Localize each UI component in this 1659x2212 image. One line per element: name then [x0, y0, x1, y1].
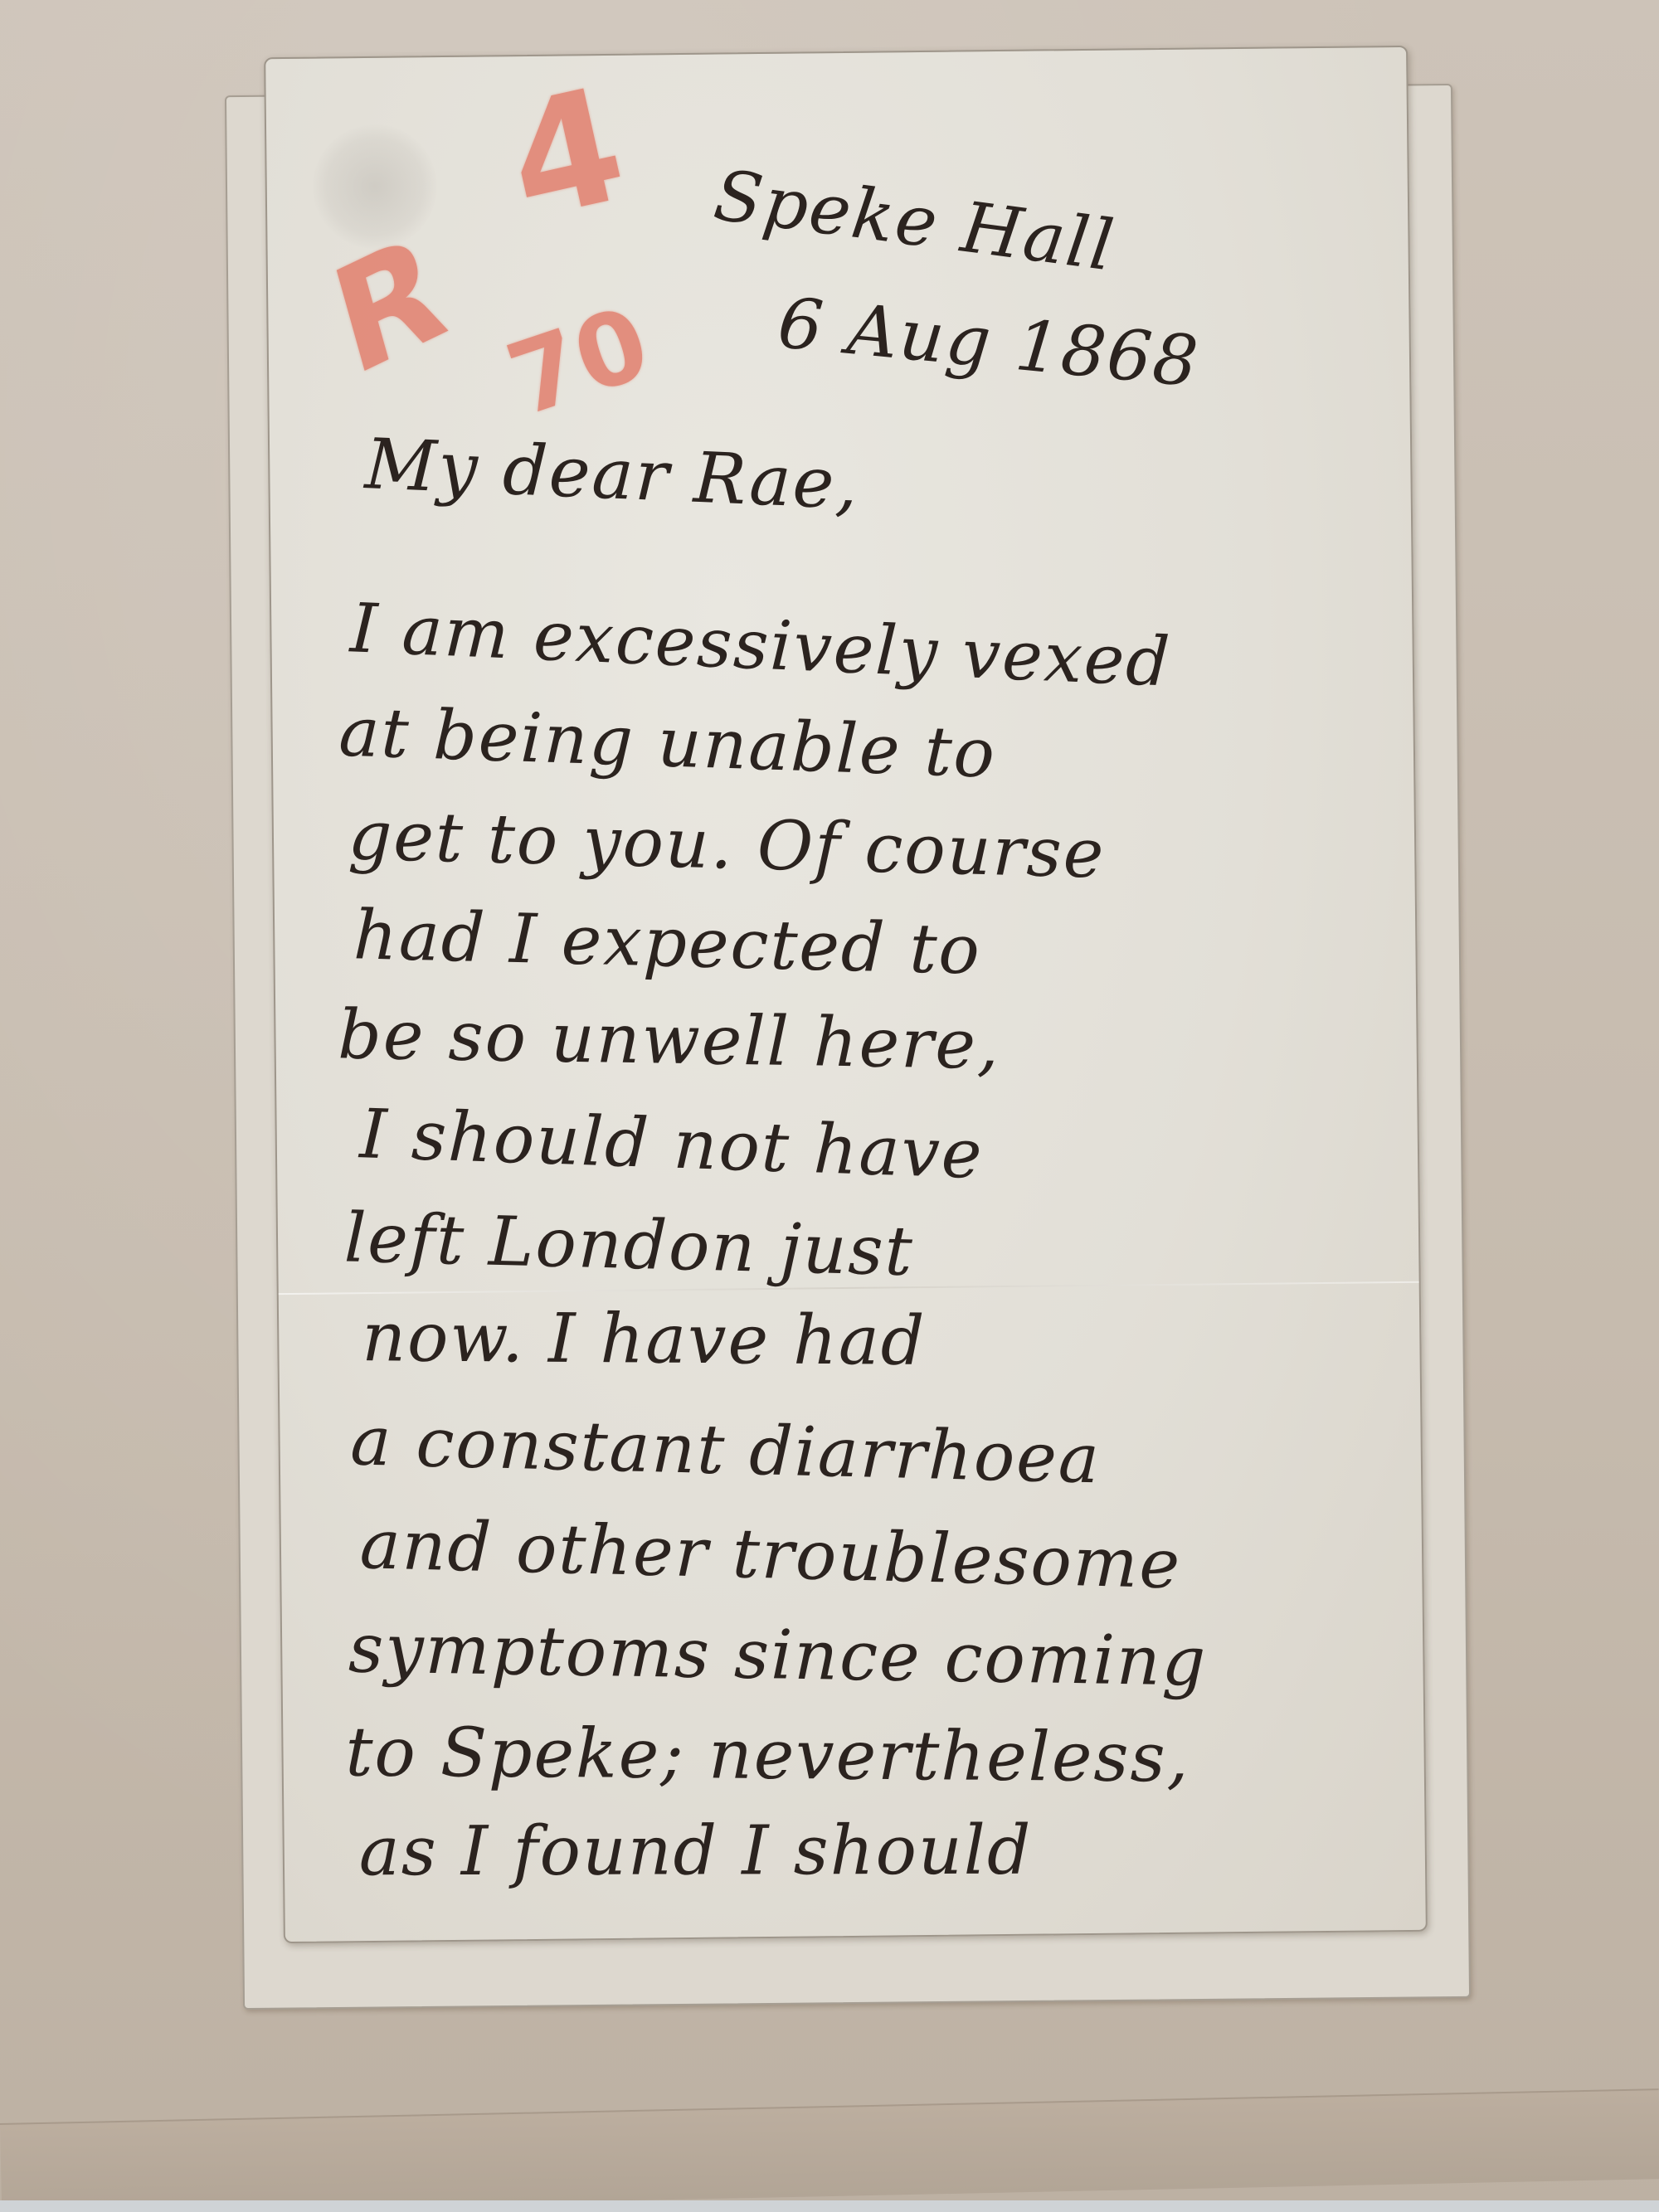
body-line: now. I have had	[362, 1298, 927, 1381]
archival-reference-number: 70	[494, 285, 663, 439]
letter-page: 4 R 70 Speke Hall 6 Aug 1868 My dear Rae…	[264, 46, 1428, 1943]
body-line: a constant diarrhoea	[349, 1402, 1101, 1499]
body-line: and other troublesome	[359, 1505, 1183, 1604]
body-line: I should not have	[358, 1095, 985, 1194]
body-line: had I expected to	[353, 896, 982, 989]
body-line: symptoms since coming	[348, 1609, 1207, 1701]
salutation: My dear Rae,	[363, 423, 861, 525]
sender-address: Speke Hall	[710, 154, 1120, 287]
letter-date: 6 Aug 1868	[775, 282, 1203, 402]
body-line: as I found I should	[359, 1811, 1033, 1891]
body-line: left London just	[343, 1198, 915, 1291]
body-line: I am excessively vexed	[348, 589, 1172, 702]
table-surface-strip	[0, 2200, 1659, 2212]
body-line: get to you. Of course	[348, 796, 1107, 893]
body-line: be so unwell here,	[338, 995, 1001, 1085]
body-line: to Speke; nevertheless,	[345, 1713, 1190, 1797]
archival-page-number: 4	[493, 53, 640, 256]
body-line: at being unable to	[338, 693, 997, 793]
